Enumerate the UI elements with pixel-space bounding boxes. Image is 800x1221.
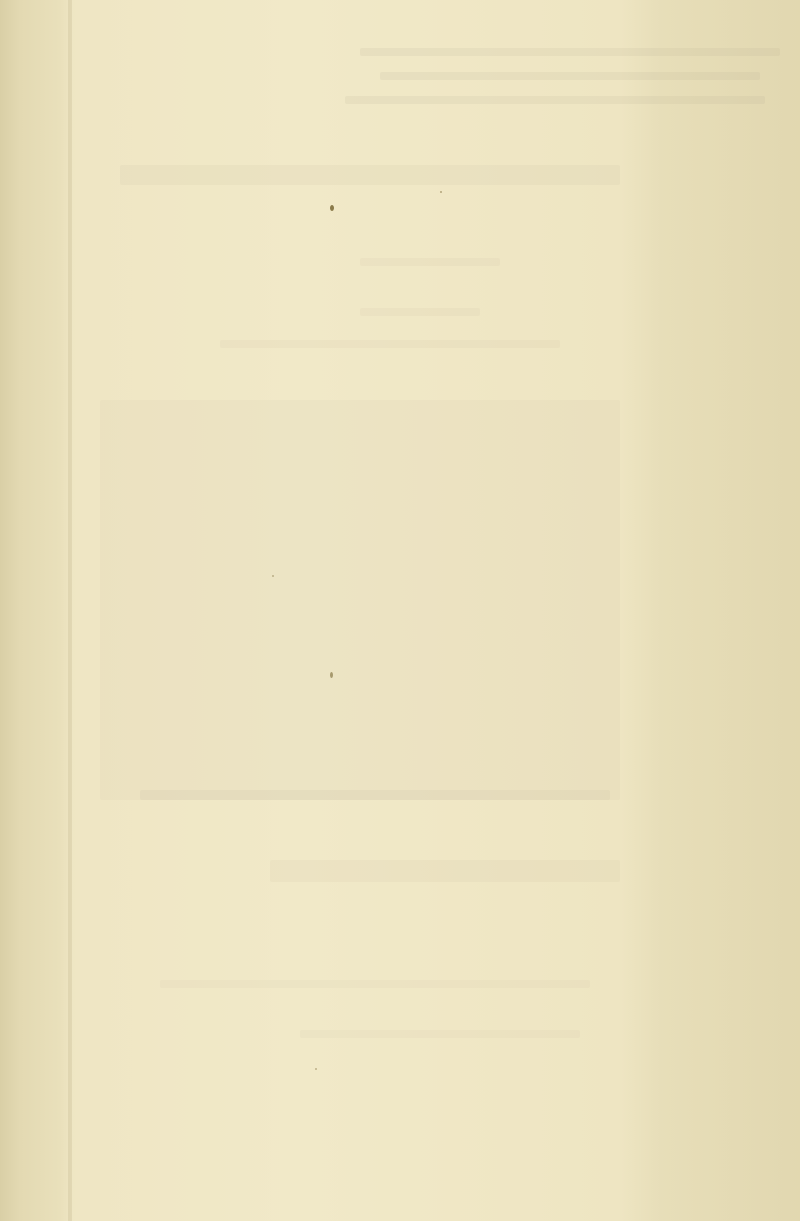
bleed-through-heading	[120, 165, 620, 185]
scanned-page	[0, 0, 800, 1221]
bleed-through-text	[360, 308, 480, 316]
bleed-through-text	[360, 48, 780, 56]
bleed-through-text	[345, 96, 765, 104]
bleed-through-text	[300, 1030, 580, 1038]
paper-speck	[440, 191, 442, 193]
page-binding-edge	[0, 0, 72, 1221]
paper-speck	[330, 672, 333, 678]
paper-speck	[315, 1068, 317, 1070]
bleed-through-heading	[270, 860, 620, 882]
bleed-through-text	[220, 340, 560, 348]
paper-speck	[330, 205, 334, 211]
bleed-through-text	[380, 72, 760, 80]
bleed-through-text	[140, 790, 610, 800]
paper-speck	[272, 575, 274, 577]
gutter-line	[68, 0, 72, 1221]
page-shadow	[625, 0, 800, 1221]
bleed-through-text	[160, 980, 590, 988]
bleed-through-image	[100, 400, 620, 800]
bleed-through-text	[360, 258, 500, 266]
